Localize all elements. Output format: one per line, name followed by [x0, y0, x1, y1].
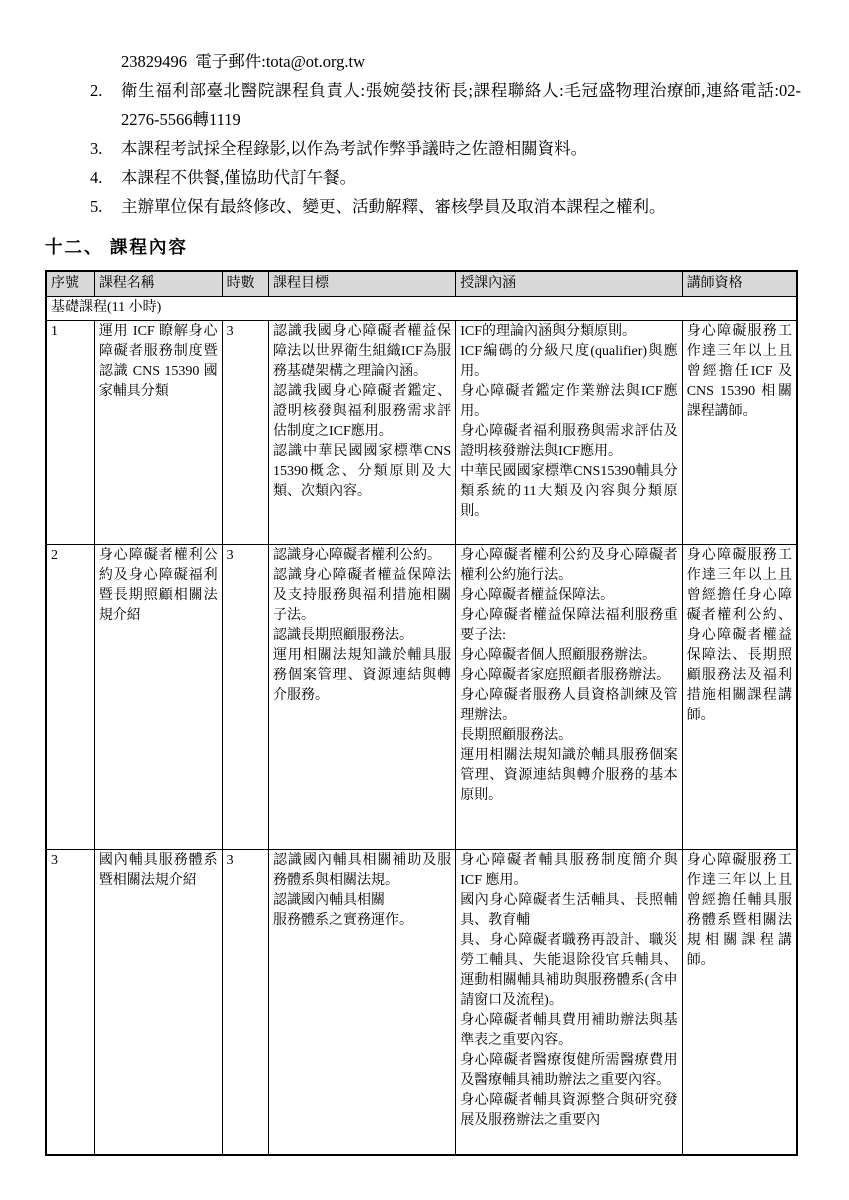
note-item-2: 2. 衛生福利部臺北醫院課程負責人:張婉嫈技術長;課程聯絡人:毛冠盛物理治療師,…	[0, 76, 849, 134]
content-item: ICF的理論內涵與分類原則。	[460, 322, 678, 342]
content-item: 身心障礙者福利服務與需求評估及證明核發辦法與ICF應用。	[460, 422, 678, 462]
content-item: 運用相關法規知識於輔具服務個案管理、資源連結與轉介服務的基本原則。	[460, 746, 678, 806]
note-text: 主辦單位保有最終修改、變更、活動解釋、審核學員及取消本課程之權利。	[121, 197, 666, 216]
goal-item: 認識身心障礙者權益保障法及支持服務與福利措施相關子法。	[273, 566, 451, 626]
qualification-text: 身心障礙服務工作達三年以上且曾經擔任身心障礙者權利公約、身心障礙者權益保障法、長…	[687, 546, 792, 726]
content-item: 身心障礙者服務人員資格訓練及管理辦法。	[460, 686, 678, 726]
cell-course-name: 國內輔具服務體系暨相關法規介紹	[94, 850, 222, 1155]
content-item: 身心障礙者醫療復健所需醫療費用及醫療輔具補助辦法之重要內容。	[460, 1051, 678, 1091]
content-item: 身心障礙者家庭照顧者服務辦法。	[460, 666, 678, 686]
cell-course-name: 身心障礙者權利公約及身心障礙福利暨長期照顧相關法規介紹	[94, 545, 222, 850]
content-item: 身心障礙者輔具資源整合與研究發展及服務辦法之重要內	[460, 1091, 678, 1131]
note-item-3: 3. 本課程考試採全程錄影,以作為考試作弊爭議時之佐證相關資料。	[0, 134, 849, 163]
cell-seq: 1	[46, 321, 94, 545]
course-name-text: 運用 ICF 瞭解身心障礙者服務制度暨認識 CNS 15390 國家輔具分類	[99, 322, 218, 402]
header-qualification: 講師資格	[682, 271, 797, 297]
note-number: 3.	[90, 134, 102, 163]
goal-item: 認識國內輔具相關補助及服務體系與相關法規。	[273, 851, 451, 891]
qualification-text: 身心障礙服務工作達三年以上且曾經擔任輔具服務體系暨相關法規相關課程講師。	[687, 851, 792, 971]
cell-content: ICF的理論內涵與分類原則。 ICF編碼的分級尺度(qualifier)與應用。…	[456, 321, 683, 545]
goal-item: 認識身心障礙者權利公約。	[273, 546, 451, 566]
content-item: 身心障礙者權益保障法。	[460, 586, 678, 606]
content-item: 中華民國國家標準CNS15390輔具分類系統的11大類及內容與分類原則。	[460, 462, 678, 522]
note-text: 本課程考試採全程錄影,以作為考試作弊爭議時之佐證相關資料。	[121, 139, 587, 158]
table-row: 2 身心障礙者權利公約及身心障礙福利暨長期照顧相關法規介紹 3 認識身心障礙者權…	[46, 545, 797, 850]
cell-qualification: 身心障礙服務工作達三年以上且曾經擔任輔具服務體系暨相關法規相關課程講師。	[682, 850, 797, 1155]
header-content: 授課內涵	[456, 271, 683, 297]
note-item-continuation: 23829496 電子郵件:tota@ot.org.tw	[0, 47, 849, 76]
note-item-4: 4. 本課程不供餐,僅協助代訂午餐。	[0, 163, 849, 192]
course-name-text: 身心障礙者權利公約及身心障礙福利暨長期照顧相關法規介紹	[99, 546, 218, 626]
content-item: 國內身心障礙者生活輔具、長照輔具、教育輔 具、身心障礙者職務再設計、職災勞工輔具…	[460, 891, 678, 1011]
header-hours: 時數	[222, 271, 268, 297]
table-row: 1 運用 ICF 瞭解身心障礙者服務制度暨認識 CNS 15390 國家輔具分類…	[46, 321, 797, 545]
group-row-label: 基礎課程(11 小時)	[46, 297, 797, 321]
cell-goals: 認識國內輔具相關補助及服務體系與相關法規。 認識國內輔具相關 服務體系之實務運作…	[268, 850, 455, 1155]
header-goals: 課程目標	[268, 271, 455, 297]
cell-qualification: 身心障礙服務工作達三年以上且曾經擔任ICF 及 CNS 15390 相關課程講師…	[682, 321, 797, 545]
note-number: 2.	[90, 76, 102, 105]
goal-item: 認識中華民國國家標準CNS 15390概念、分類原則及大類、次類內容。	[273, 442, 451, 502]
goal-item: 運用相關法規知識於輔具服務個案管理、資源連結與轉介服務。	[273, 646, 451, 706]
header-seq: 序號	[46, 271, 94, 297]
group-row-basic-courses: 基礎課程(11 小時)	[46, 297, 797, 321]
content-item: 長期照顧服務法。	[460, 726, 678, 746]
note-item-5: 5. 主辦單位保有最終修改、變更、活動解釋、審核學員及取消本課程之權利。	[0, 192, 849, 221]
goal-item: 認識我國身心障礙者鑑定、證明核發與福利服務需求評估制度之ICF應用。	[273, 382, 451, 442]
table-header-row: 序號 課程名稱 時數 課程目標 授課內涵 講師資格	[46, 271, 797, 297]
goal-item: 認識國內輔具相關 服務體系之實務運作。	[273, 891, 451, 931]
note-text: 衛生福利部臺北醫院課程負責人:張婉嫈技術長;課程聯絡人:毛冠盛物理治療師,連絡電…	[121, 81, 801, 129]
cell-hours: 3	[222, 545, 268, 850]
content-item: 身心障礙者權利公約及身心障礙者權利公約施行法。	[460, 546, 678, 586]
header-course-name: 課程名稱	[94, 271, 222, 297]
course-name-text: 國內輔具服務體系暨相關法規介紹	[99, 851, 218, 891]
cell-hours: 3	[222, 850, 268, 1155]
qualification-text: 身心障礙服務工作達三年以上且曾經擔任ICF 及 CNS 15390 相關課程講師…	[687, 322, 792, 422]
cell-qualification: 身心障礙服務工作達三年以上且曾經擔任身心障礙者權利公約、身心障礙者權益保障法、長…	[682, 545, 797, 850]
content-item: 身心障礙者權益保障法福利服務重要子法:	[460, 606, 678, 646]
note-number: 5.	[90, 192, 102, 221]
cell-goals: 認識身心障礙者權利公約。 認識身心障礙者權益保障法及支持服務與福利措施相關子法。…	[268, 545, 455, 850]
note-text: 23829496 電子郵件:tota@ot.org.tw	[121, 52, 365, 71]
content-item: 身心障礙者輔具服務制度簡介與 ICF 應用。	[460, 851, 678, 891]
goal-item: 認識我國身心障礙者權益保障法以世界衛生組織ICF為服務基礎架構之理論內涵。	[273, 322, 451, 382]
goal-item: 認識長期照顧服務法。	[273, 626, 451, 646]
notes-list: 23829496 電子郵件:tota@ot.org.tw 2. 衛生福利部臺北醫…	[0, 0, 849, 221]
content-item: 身心障礙者個人照顧服務辦法。	[460, 646, 678, 666]
cell-content: 身心障礙者輔具服務制度簡介與 ICF 應用。 國內身心障礙者生活輔具、長照輔具、…	[456, 850, 683, 1155]
cell-seq: 3	[46, 850, 94, 1155]
table-row: 3 國內輔具服務體系暨相關法規介紹 3 認識國內輔具相關補助及服務體系與相關法規…	[46, 850, 797, 1155]
note-number: 4.	[90, 163, 102, 192]
note-text: 本課程不供餐,僅協助代訂午餐。	[121, 168, 356, 187]
content-item: 身心障礙者輔具費用補助辦法與基準表之重要內容。	[460, 1011, 678, 1051]
cell-hours: 3	[222, 321, 268, 545]
content-item: 身心障礙者鑑定作業辦法與ICF應用。	[460, 382, 678, 422]
document-page: 23829496 電子郵件:tota@ot.org.tw 2. 衛生福利部臺北醫…	[0, 0, 849, 1200]
section-title: 十二、 課程內容	[45, 234, 849, 259]
cell-goals: 認識我國身心障礙者權益保障法以世界衛生組織ICF為服務基礎架構之理論內涵。 認識…	[268, 321, 455, 545]
cell-seq: 2	[46, 545, 94, 850]
content-item: ICF編碼的分級尺度(qualifier)與應用。	[460, 342, 678, 382]
course-content-table: 序號 課程名稱 時數 課程目標 授課內涵 講師資格 基礎課程(11 小時) 1 …	[45, 270, 798, 1156]
cell-course-name: 運用 ICF 瞭解身心障礙者服務制度暨認識 CNS 15390 國家輔具分類	[94, 321, 222, 545]
cell-content: 身心障礙者權利公約及身心障礙者權利公約施行法。 身心障礙者權益保障法。 身心障礙…	[456, 545, 683, 850]
